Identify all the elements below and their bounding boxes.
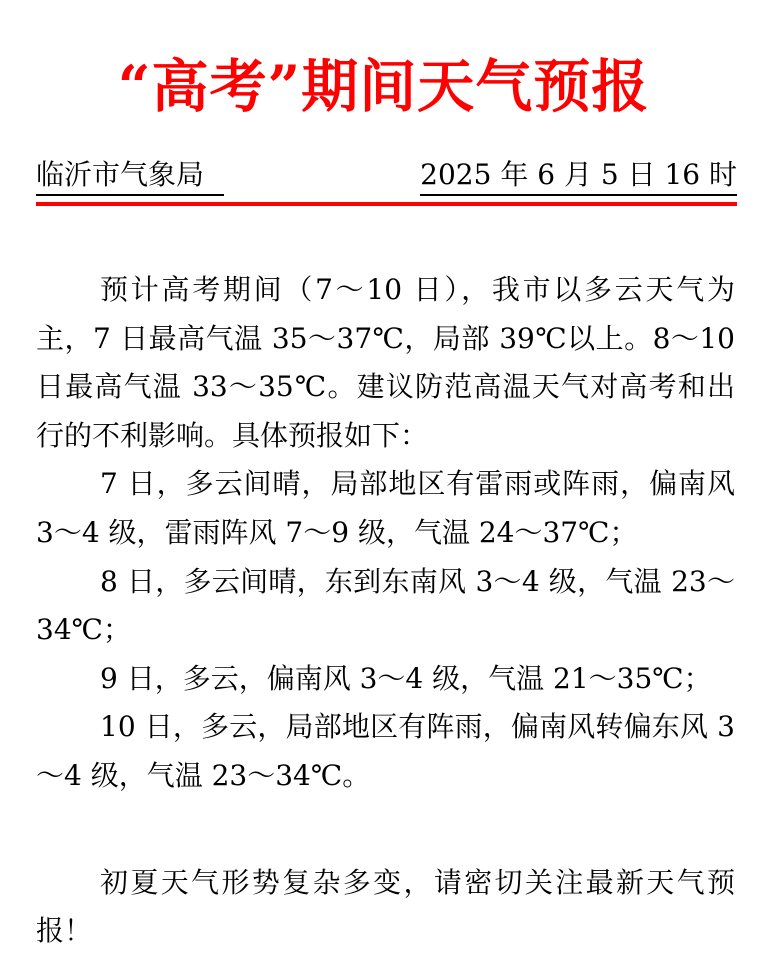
document-header: 临沂市气象局 2025 年 6 月 5 日 16 时 xyxy=(36,158,737,206)
issue-datetime: 2025 年 6 月 5 日 16 时 xyxy=(420,158,737,196)
forecast-day7-paragraph: 7 日，多云间晴，局部地区有雷雨或阵雨，偏南风 3～4 级，雷雨阵风 7～9 级… xyxy=(36,460,735,557)
document-body: 预计高考期间（7～10 日），我市以多云天气为主，7 日最高气温 35～37℃，… xyxy=(36,266,735,956)
forecast-day9-paragraph: 9 日，多云，偏南风 3～4 级，气温 21～35℃； xyxy=(36,655,735,704)
closing-note: 初夏天气形势复杂多变，请密切关注最新天气预报！ xyxy=(36,859,735,956)
document-page: “高考”期间天气预报 临沂市气象局 2025 年 6 月 5 日 16 时 预计… xyxy=(0,0,767,972)
agency-name: 临沂市气象局 xyxy=(36,158,224,196)
forecast-day10-paragraph: 10 日，多云，局部地区有阵雨，偏南风转偏东风 3～4 级，气温 23～34℃。 xyxy=(36,703,735,800)
document-title: “高考”期间天气预报 xyxy=(20,48,747,126)
intro-paragraph: 预计高考期间（7～10 日），我市以多云天气为主，7 日最高气温 35～37℃，… xyxy=(36,266,735,460)
forecast-day8-paragraph: 8 日，多云间晴，东到东南风 3～4 级，气温 23～34℃； xyxy=(36,558,735,655)
